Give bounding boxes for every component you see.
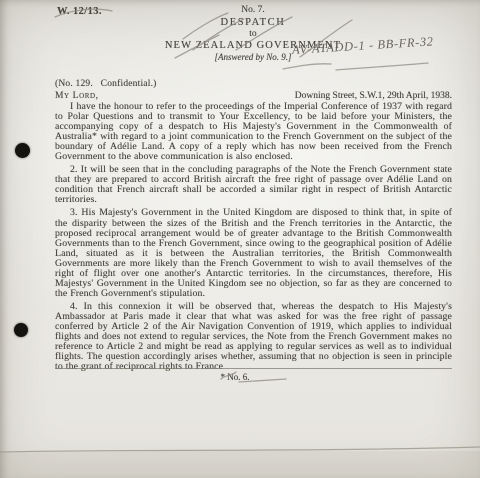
pencil-scribble bbox=[336, 63, 428, 70]
underlying-page-strip bbox=[0, 451, 480, 478]
document-page: W. 12/13. No. 7. DESPATCH to NEW ZEALAND… bbox=[0, 0, 480, 478]
confidential-line: (No. 129. Confidential.) bbox=[55, 79, 452, 89]
pencil-scribble bbox=[283, 64, 331, 69]
punch-hole-top bbox=[15, 143, 30, 158]
despatch-title: DESPATCH bbox=[55, 17, 451, 28]
answered-note: [Answered by No. 9.] bbox=[55, 52, 451, 62]
paragraph-2: 2. It will be seen that in the concludin… bbox=[55, 165, 452, 205]
punch-hole-bottom bbox=[14, 323, 28, 337]
paragraph-1: I have the honour to refer to the procee… bbox=[55, 102, 452, 162]
paragraph-4: 4. In this connexion it will be observed… bbox=[55, 302, 452, 372]
paragraph-3: 3. His Majesty's Government in the Unite… bbox=[55, 208, 452, 298]
footnote-rule bbox=[55, 368, 452, 369]
despatch-number: No. 7. bbox=[55, 5, 451, 15]
salutation: My Lord, bbox=[55, 91, 99, 101]
letter-body: (No. 129. Confidential.) My Lord, Downin… bbox=[55, 79, 452, 375]
salutation-row: My Lord, Downing Street, S.W.1, 29th Apr… bbox=[55, 91, 452, 101]
paragraphs: I have the honour to refer to the procee… bbox=[55, 102, 452, 372]
footnote-block: * No. 6. bbox=[55, 368, 452, 382]
despatch-header: No. 7. DESPATCH to NEW ZEALAND GOVERNMEN… bbox=[55, 5, 451, 62]
dateline: Downing Street, S.W.1, 29th April, 1938. bbox=[295, 91, 452, 101]
footnote-reference: * No. 6. bbox=[55, 372, 415, 382]
